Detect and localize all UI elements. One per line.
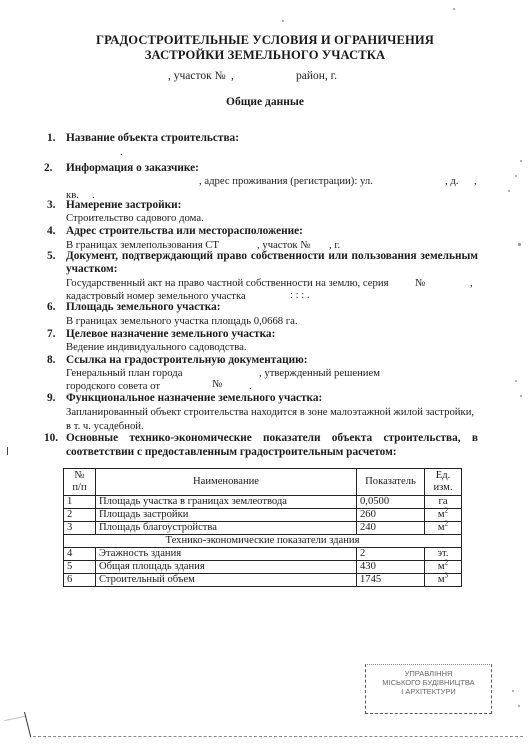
location-parcel: , участок № [168, 70, 226, 82]
table-row: 1Площадь участка в границах землеотвода0… [64, 496, 462, 509]
unit-text: м [438, 561, 445, 572]
column-header-unit: Ед. изм. [425, 469, 462, 496]
item-8-heading: Ссылка на градостроительную документацию… [66, 354, 308, 366]
item-9-heading: Функциональное назначение земельного уча… [66, 392, 322, 404]
item-10-heading-cont: соответствии с предоставленным градостро… [66, 446, 397, 458]
item-3-value: Строительство садового дома. [66, 212, 204, 224]
scan-speck [508, 190, 510, 192]
section-title: Общие данные [0, 96, 530, 108]
item-3-number: 3. [47, 199, 55, 211]
item-7-value: Ведение индивидуального садоводства. [66, 341, 247, 353]
row-name: Площадь участка в границах землеотвода [96, 496, 357, 509]
document-title-line2: ЗАСТРОЙКИ ЗЕМЕЛЬНОГО УЧАСТКА [0, 48, 530, 63]
location-district: район, г. [296, 70, 337, 82]
scan-mark [4, 716, 25, 721]
row-name: Строительный объем [96, 574, 357, 587]
scan-speck [520, 160, 522, 162]
item-10-number: 10. [44, 432, 58, 444]
table-group-row: Технико-экономические показатели здания [64, 535, 462, 548]
header-number-line2: п/п [72, 482, 86, 493]
item-8-plan: Генеральный план города [66, 367, 182, 379]
scan-speck [453, 8, 455, 10]
table-header-row: № п/п Наименование Показатель Ед. изм. [64, 469, 462, 496]
stamp-line1: УПРАВЛІННЯ [366, 669, 491, 678]
item-5-number-sign: № [415, 277, 425, 289]
item-2-number: 2. [44, 162, 52, 174]
item-4-number: 4. [47, 225, 55, 237]
row-value: 260 [357, 509, 425, 522]
item-1-number: 1. [47, 132, 55, 144]
row-value: 240 [357, 522, 425, 535]
row-number: 6 [64, 574, 96, 587]
item-6-value: В границах земельного участка площадь 0,… [66, 315, 298, 327]
item-5-cadastral-number: : : : . [290, 289, 310, 301]
unit-exponent: 2 [445, 519, 449, 527]
row-unit: м3 [425, 574, 462, 587]
unit-text: га [438, 496, 447, 507]
row-unit: эт. [425, 548, 462, 561]
document-title-line1: ГРАДОСТРОИТЕЛЬНЫЕ УСЛОВИЯ И ОГРАНИЧЕНИЯ [0, 33, 530, 48]
row-number: 5 [64, 561, 96, 574]
row-unit: м2 [425, 561, 462, 574]
scan-speck [282, 20, 284, 22]
group-title: Технико-экономические показатели здания [64, 535, 462, 548]
item-8-number: 8. [47, 354, 55, 366]
row-unit: м2 [425, 509, 462, 522]
item-8-council: городского совета от [66, 380, 160, 392]
row-unit: м2 [425, 522, 462, 535]
scan-speck [520, 395, 522, 397]
item-7-heading: Целевое назначение земельного участка: [66, 328, 275, 340]
item-5-heading: Документ, подтверждающий право собственн… [66, 250, 478, 262]
parameters-table: № п/п Наименование Показатель Ед. изм. 1… [63, 468, 462, 587]
item-5-heading-cont: участком: [66, 263, 117, 275]
row-name: Общая площадь здания [96, 561, 357, 574]
item-2-address: , адрес проживания (регистрации): ул. [199, 175, 373, 187]
row-value: 1745 [357, 574, 425, 587]
unit-exponent: 2 [445, 558, 449, 566]
item-7-number: 7. [47, 328, 55, 340]
row-value: 0,0500 [357, 496, 425, 509]
item-8-dot: . [249, 380, 252, 392]
column-header-number: № п/п [64, 469, 96, 496]
item-9-value-line1: Запланированный объект строительства нах… [66, 406, 474, 418]
table-row: 4Этажность здания2эт. [64, 548, 462, 561]
item-3-heading: Намерение застройки: [66, 199, 181, 211]
office-stamp: УПРАВЛІННЯ МІСЬКОГО БУДІВНИЦТВА І АРХІТЕ… [365, 664, 492, 714]
header-unit-line1: Ед. [436, 470, 451, 481]
item-8-number-sign: № [212, 378, 222, 390]
scan-speck [515, 380, 517, 382]
header-unit-line2: изм. [433, 482, 452, 493]
item-5-number: 5. [47, 250, 55, 262]
margin-mark [7, 447, 8, 455]
item-8-approved: , утвержденный решением [259, 367, 380, 379]
unit-text: м [438, 522, 445, 533]
table-row: 3Площадь благоустройства240м2 [64, 522, 462, 535]
item-5-comma: , [470, 277, 473, 289]
table-row: 2Площадь застройки260м2 [64, 509, 462, 522]
unit-text: м [438, 574, 445, 585]
item-6-number: 6. [47, 301, 55, 313]
row-number: 2 [64, 509, 96, 522]
scan-speck [518, 705, 520, 707]
item-2-heading: Информация о заказчике: [66, 162, 199, 174]
row-name: Этажность здания [96, 548, 357, 561]
unit-exponent: 2 [445, 506, 449, 514]
table-row: 5Общая площадь здания430м2 [64, 561, 462, 574]
header-number-line1: № [74, 470, 84, 481]
row-name: Площадь благоустройства [96, 522, 357, 535]
row-number: 3 [64, 522, 96, 535]
item-9-value-line2: в т. ч. усадебной. [66, 420, 144, 432]
item-10-heading: Основные технико-экономические показател… [66, 432, 478, 444]
item-1-value: . [120, 146, 123, 158]
item-6-heading: Площадь земельного участка: [66, 301, 221, 313]
column-header-value: Показатель [357, 469, 425, 496]
table-row: 6Строительный объем1745м3 [64, 574, 462, 587]
stamp-line2: МІСЬКОГО БУДІВНИЦТВА [366, 678, 491, 687]
row-value: 2 [357, 548, 425, 561]
unit-exponent: 3 [445, 571, 449, 579]
location-comma: , [231, 70, 234, 82]
row-unit: га [425, 496, 462, 509]
row-number: 1 [64, 496, 96, 509]
stamp-line3: І АРХІТЕКТУРИ [366, 687, 491, 696]
row-name: Площадь застройки [96, 509, 357, 522]
column-header-name: Наименование [96, 469, 357, 496]
scan-mark [24, 712, 31, 737]
scan-speck [515, 175, 517, 177]
page-bottom-line [33, 736, 523, 737]
scan-speck [512, 690, 514, 692]
unit-text: м [438, 509, 445, 520]
item-4-heading: Адрес строительства или месторасположени… [66, 225, 303, 237]
scan-speck [518, 243, 521, 246]
item-9-number: 9. [47, 392, 55, 404]
row-number: 4 [64, 548, 96, 561]
item-5-act: Государственный акт на право частной соб… [66, 277, 389, 289]
item-2-house: , д. [445, 175, 458, 187]
item-2-comma: , [474, 175, 477, 187]
item-1-heading: Название объекта строительства: [66, 132, 239, 144]
row-value: 430 [357, 561, 425, 574]
unit-text: эт. [437, 548, 448, 559]
